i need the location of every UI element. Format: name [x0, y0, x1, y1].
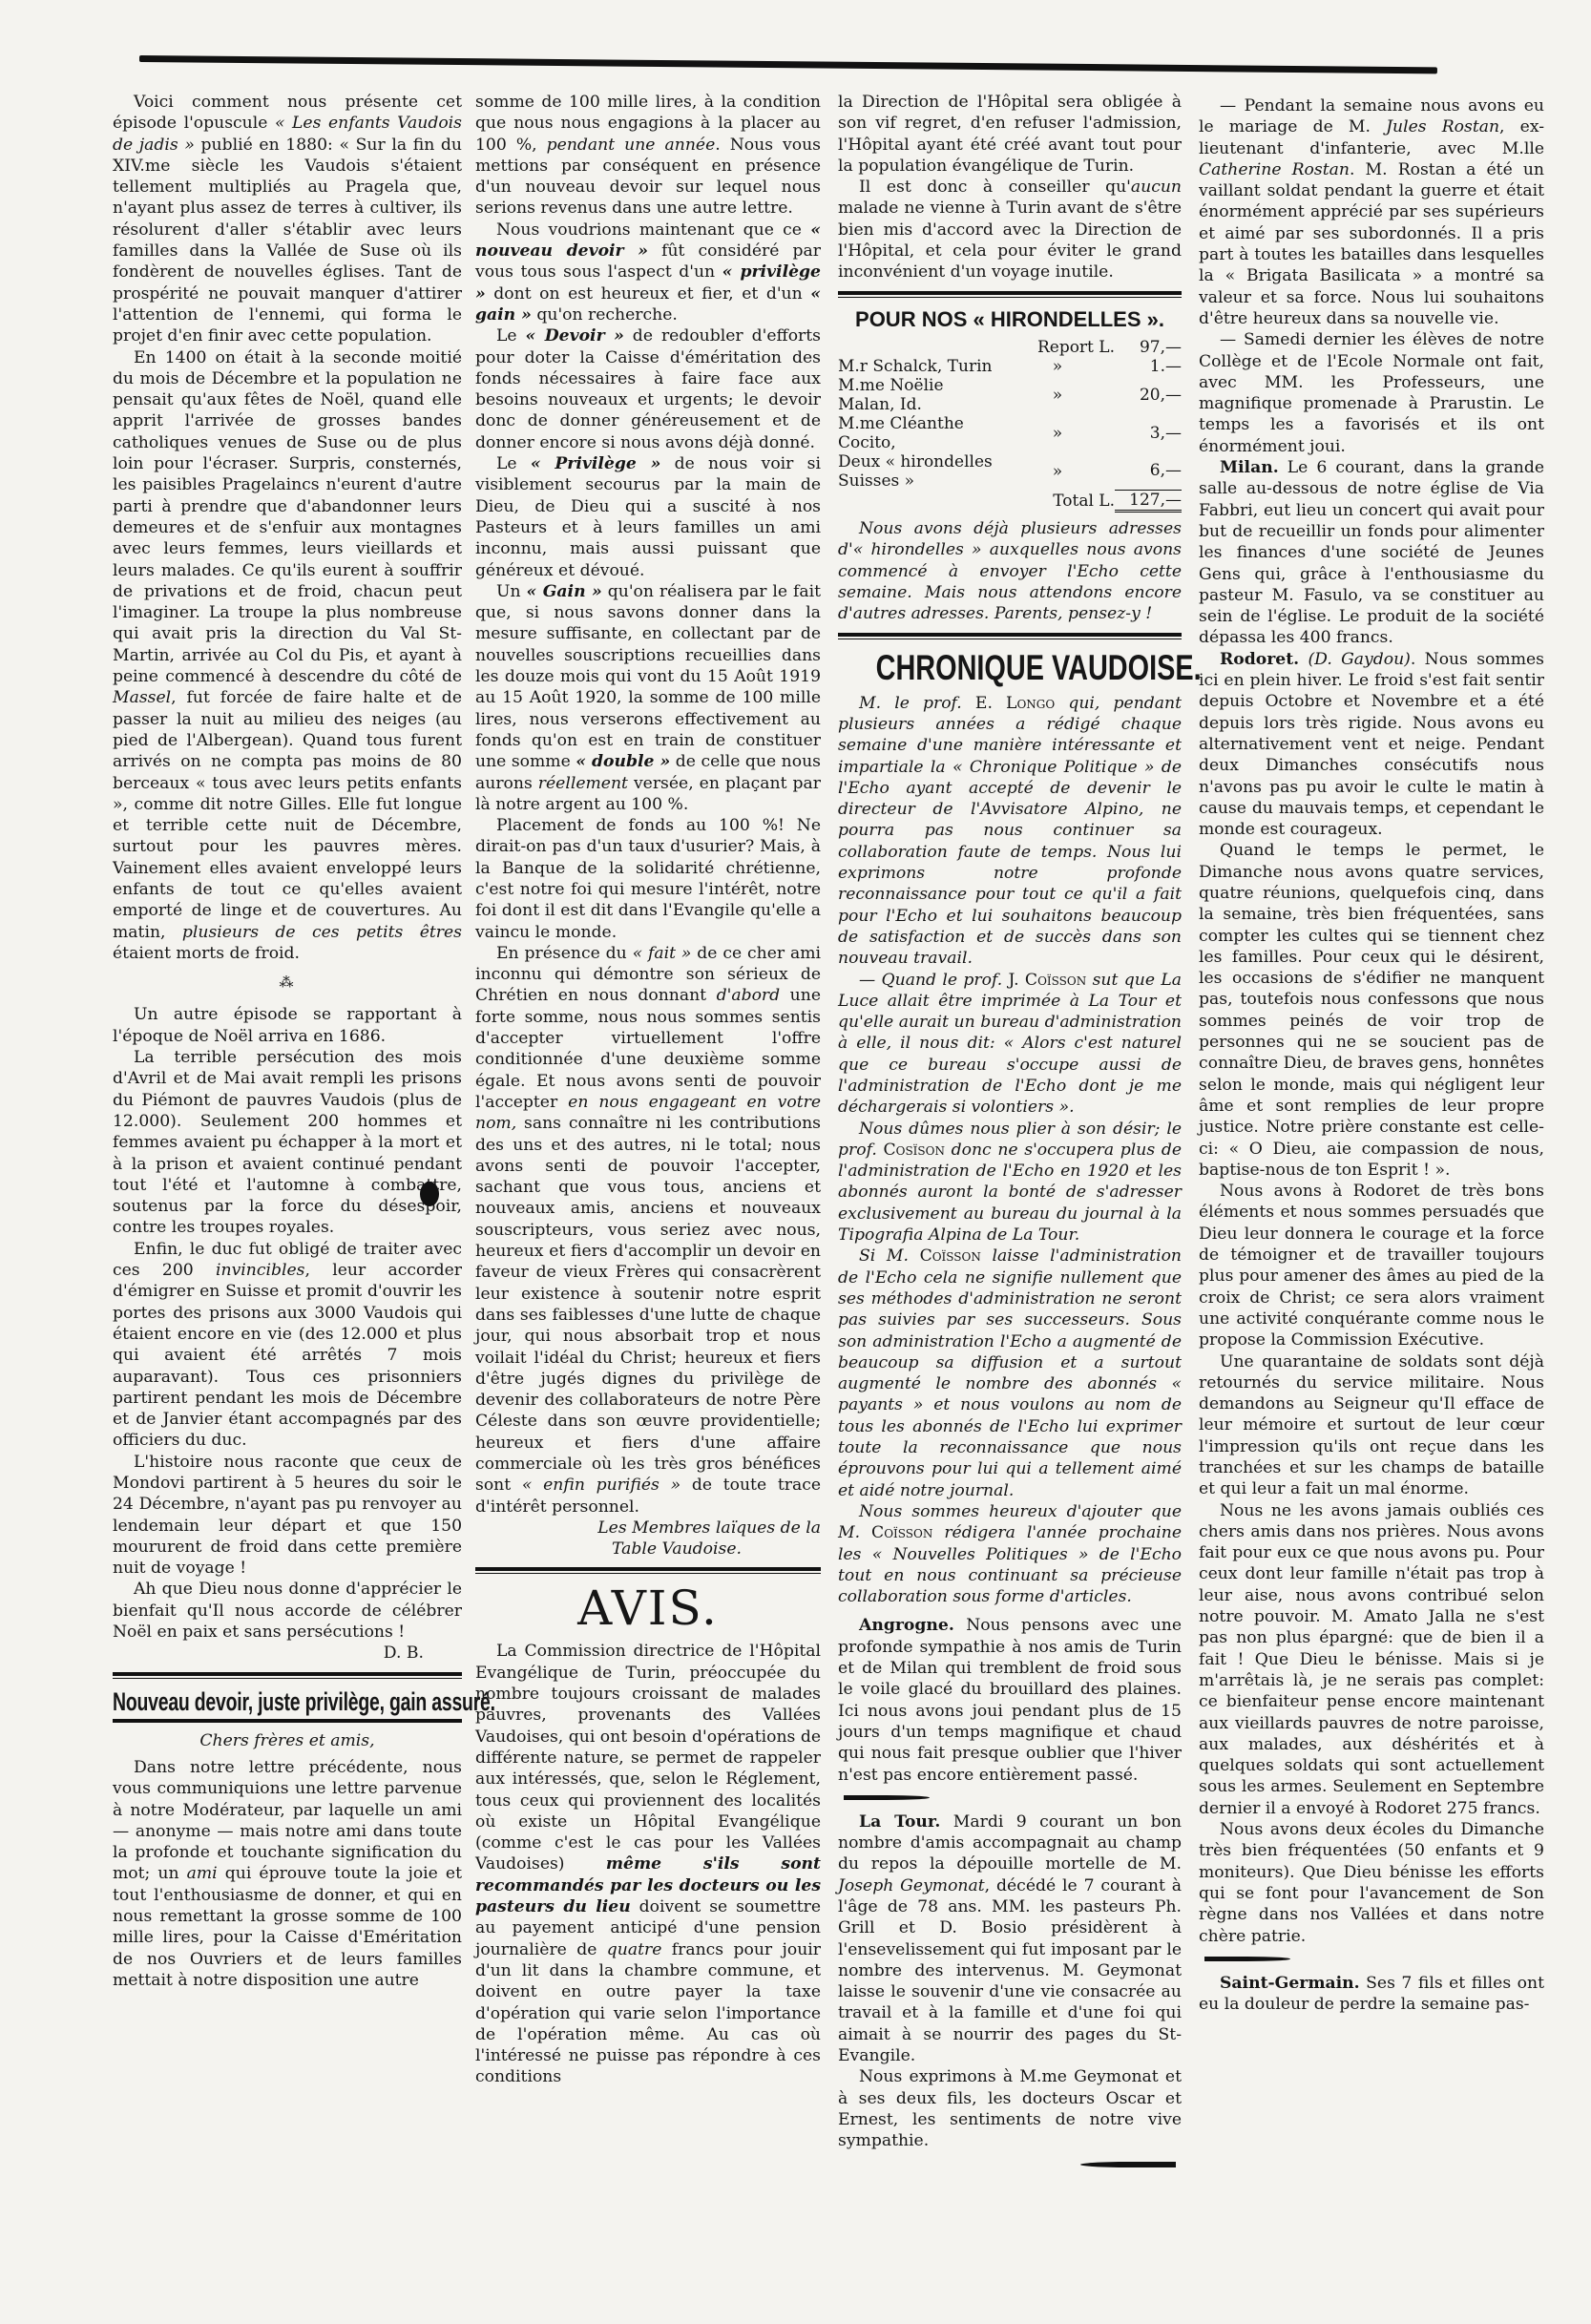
article-noel: Voici comment nous présente cet épisode … [113, 92, 462, 1664]
ledger-row-total: Total L. 127,— [838, 491, 1182, 512]
paragraph: Si M. Coïsson laisse l'administration de… [838, 1246, 1182, 1501]
donation-amount: 3,— [1115, 414, 1182, 452]
item-divider [1204, 1957, 1290, 1961]
paragraph: L'histoire nous raconte que ceux de Mond… [113, 1452, 462, 1580]
paragraph: Il est donc à conseiller qu'aucun malade… [838, 177, 1182, 283]
article-headline: AVIS. [475, 1581, 821, 1635]
paragraph: La Commission directrice de l'Hôpital Ev… [475, 1641, 821, 2087]
ditto-mark: » [1000, 414, 1115, 452]
column-1: Voici comment nous présente cet épisode … [113, 92, 462, 1991]
donation-amount: 20,— [1115, 376, 1182, 414]
article-headline: Nouveau devoir, juste privilège, gain as… [113, 1686, 365, 1717]
signature-line: Les Membres laïques de la [475, 1518, 821, 1539]
place-name: Milan. [1220, 458, 1279, 477]
section-chronique-vaudoise: CHRONIQUE VAUDOISE. M. le prof. E. Longo… [838, 647, 1182, 2167]
news-item-milan: Milan. Le 6 courant, dans la grande sall… [1199, 457, 1544, 649]
donor-name: M.r Schalck, Turin [838, 357, 1000, 376]
report-label: Report L. [1000, 338, 1115, 357]
ledger-row: M.me Noëlie Malan, Id. » 20,— [838, 376, 1182, 414]
paragraph: M. le prof. E. Longo qui, pendant plusie… [838, 693, 1182, 970]
donor-name: M.me Noëlie Malan, Id. [838, 376, 1000, 414]
paragraph: Nous sommes heureux d'ajouter que M. Coï… [838, 1501, 1182, 1607]
item-divider [844, 1795, 930, 1800]
section-headline: POUR NOS « HIRONDELLES ». [838, 305, 1182, 334]
paragraph: Un « Gain » qu'on réalisera par le fait … [475, 581, 821, 815]
article-avis: AVIS. La Commission directrice de l'Hôpi… [475, 1581, 821, 2087]
paragraph: — Pendant la semaine nous avons eu le ma… [1199, 95, 1544, 329]
article-nouveau-devoir-continued: somme de 100 mille lires, à la condition… [475, 92, 821, 1560]
total-label: Total L. [1000, 491, 1115, 512]
paragraph: La terrible persécution des mois d'Avril… [113, 1047, 462, 1239]
section-headline: CHRONIQUE VAUDOISE. [876, 647, 1144, 689]
paragraph: Voici comment nous présente cet épisode … [113, 92, 462, 347]
section-hirondelles: POUR NOS « HIRONDELLES ». Report L. 97,—… [838, 305, 1182, 625]
ledger-row: M.r Schalck, Turin » 1.— [838, 357, 1182, 376]
paragraph: Le « Privilège » de nous voir si visible… [475, 453, 821, 581]
paragraph: Dans notre lettre précédente, nous vous … [113, 1757, 462, 1991]
total-value: 127,— [1115, 491, 1182, 512]
paragraph: — Samedi dernier les élèves de notre Col… [1199, 329, 1544, 457]
ditto-mark: » [1000, 376, 1115, 414]
hirondelles-note: Nous avons déjà plusieurs adresses d'« h… [838, 518, 1182, 624]
news-item-angrogne: Angrogne. Nous pensons avec une profonde… [838, 1615, 1182, 1785]
ledger-row: M.me Cléanthe Cocito, » 3,— [838, 414, 1182, 452]
paragraph: En présence du « fait » de ce cher ami i… [475, 943, 821, 1518]
author-signature: D. B. [113, 1643, 462, 1664]
headline-underline [113, 1719, 462, 1723]
ledger-row-report: Report L. 97,— [838, 338, 1182, 357]
news-item-saint-germain: Saint-Germain. Ses 7 fils et filles ont … [1199, 1973, 1544, 2016]
paragraph: Nous voudrions maintenant que ce « nouve… [475, 220, 821, 325]
place-name: Angrogne. [859, 1616, 954, 1635]
paragraph: Ah que Dieu nous donne d'apprécier le bi… [113, 1579, 462, 1643]
ditto-mark: » [1000, 357, 1115, 376]
section-divider [838, 633, 1182, 639]
salutation: Chers frères et amis, [113, 1730, 462, 1751]
paragraph: Le « Devoir » de redoubler d'efforts pou… [475, 325, 821, 453]
paragraph: Un autre épisode se rapportant à l'époqu… [113, 1004, 462, 1047]
paragraph: la Direction de l'Hôpital sera obligée à… [838, 92, 1182, 177]
section-separator-asterism: ⁂ [113, 972, 462, 993]
place-name: Saint-Germain. [1220, 1974, 1360, 1993]
paragraph: Nous exprimons à M.me Geymonat et à ses … [838, 2066, 1182, 2151]
section-divider [113, 1672, 462, 1679]
place-name: La Tour. [859, 1812, 940, 1832]
column-4: — Pendant la semaine nous avons eu le ma… [1199, 95, 1544, 2015]
article-avis-continued: la Direction de l'Hôpital sera obligée à… [838, 92, 1182, 283]
article-nouveau-devoir: Nouveau devoir, juste privilège, gain as… [113, 1686, 462, 1992]
donor-name: M.me Cléanthe Cocito, [838, 414, 1000, 452]
donation-amount: 1.— [1115, 357, 1182, 376]
page-top-rule [139, 55, 1437, 73]
paragraph: somme de 100 mille lires, à la condition… [475, 92, 821, 220]
column-3: la Direction de l'Hôpital sera obligée à… [838, 92, 1182, 2175]
paragraph: Quand le temps le permet, le Dimanche no… [1199, 840, 1544, 1181]
section-divider [838, 291, 1182, 298]
donor-name: Deux « hirondelles Suisses » [838, 452, 1000, 491]
paragraph: Une quarantaine de soldats sont déjà ret… [1199, 1351, 1544, 1500]
paragraph: En 1400 on était à la seconde moitié du … [113, 347, 462, 965]
section-divider [475, 1567, 821, 1574]
paragraph: Nous avons deux écoles du Dimanche très … [1199, 1819, 1544, 1947]
ledger-row: Deux « hirondelles Suisses » » 6,— [838, 452, 1182, 491]
report-value: 97,— [1115, 338, 1182, 357]
donation-ledger: Report L. 97,— M.r Schalck, Turin » 1.— … [838, 338, 1182, 513]
paragraph: — Quand le prof. J. Coïsson sut que La L… [838, 970, 1182, 1119]
paragraph: Nous ne les avons jamais oubliés ces che… [1199, 1500, 1544, 1819]
news-item-la-tour: La Tour. Mardi 9 courant un bon nombre d… [838, 1811, 1182, 2067]
news-item-rodoret: Rodoret. (D. Gaydou). Nous sommes ici en… [1199, 649, 1544, 841]
signature-line: Table Vaudoise. [475, 1539, 821, 1560]
donation-amount: 6,— [1115, 452, 1182, 491]
paragraph: Enfin, le duc fut obligé de traiter avec… [113, 1239, 462, 1452]
ditto-mark: » [1000, 452, 1115, 491]
paragraph: Nous dûmes nous plier à son désir; le pr… [838, 1119, 1182, 1246]
column-2: somme de 100 mille lires, à la condition… [475, 92, 821, 2088]
place-name: Rodoret. [1220, 650, 1299, 669]
paragraph: Nous avons à Rodoret de très bons élémen… [1199, 1181, 1544, 1350]
item-divider [1080, 2162, 1176, 2167]
paragraph: Placement de fonds au 100 %! Ne dirait-o… [475, 815, 821, 943]
ink-blot [420, 1182, 439, 1206]
